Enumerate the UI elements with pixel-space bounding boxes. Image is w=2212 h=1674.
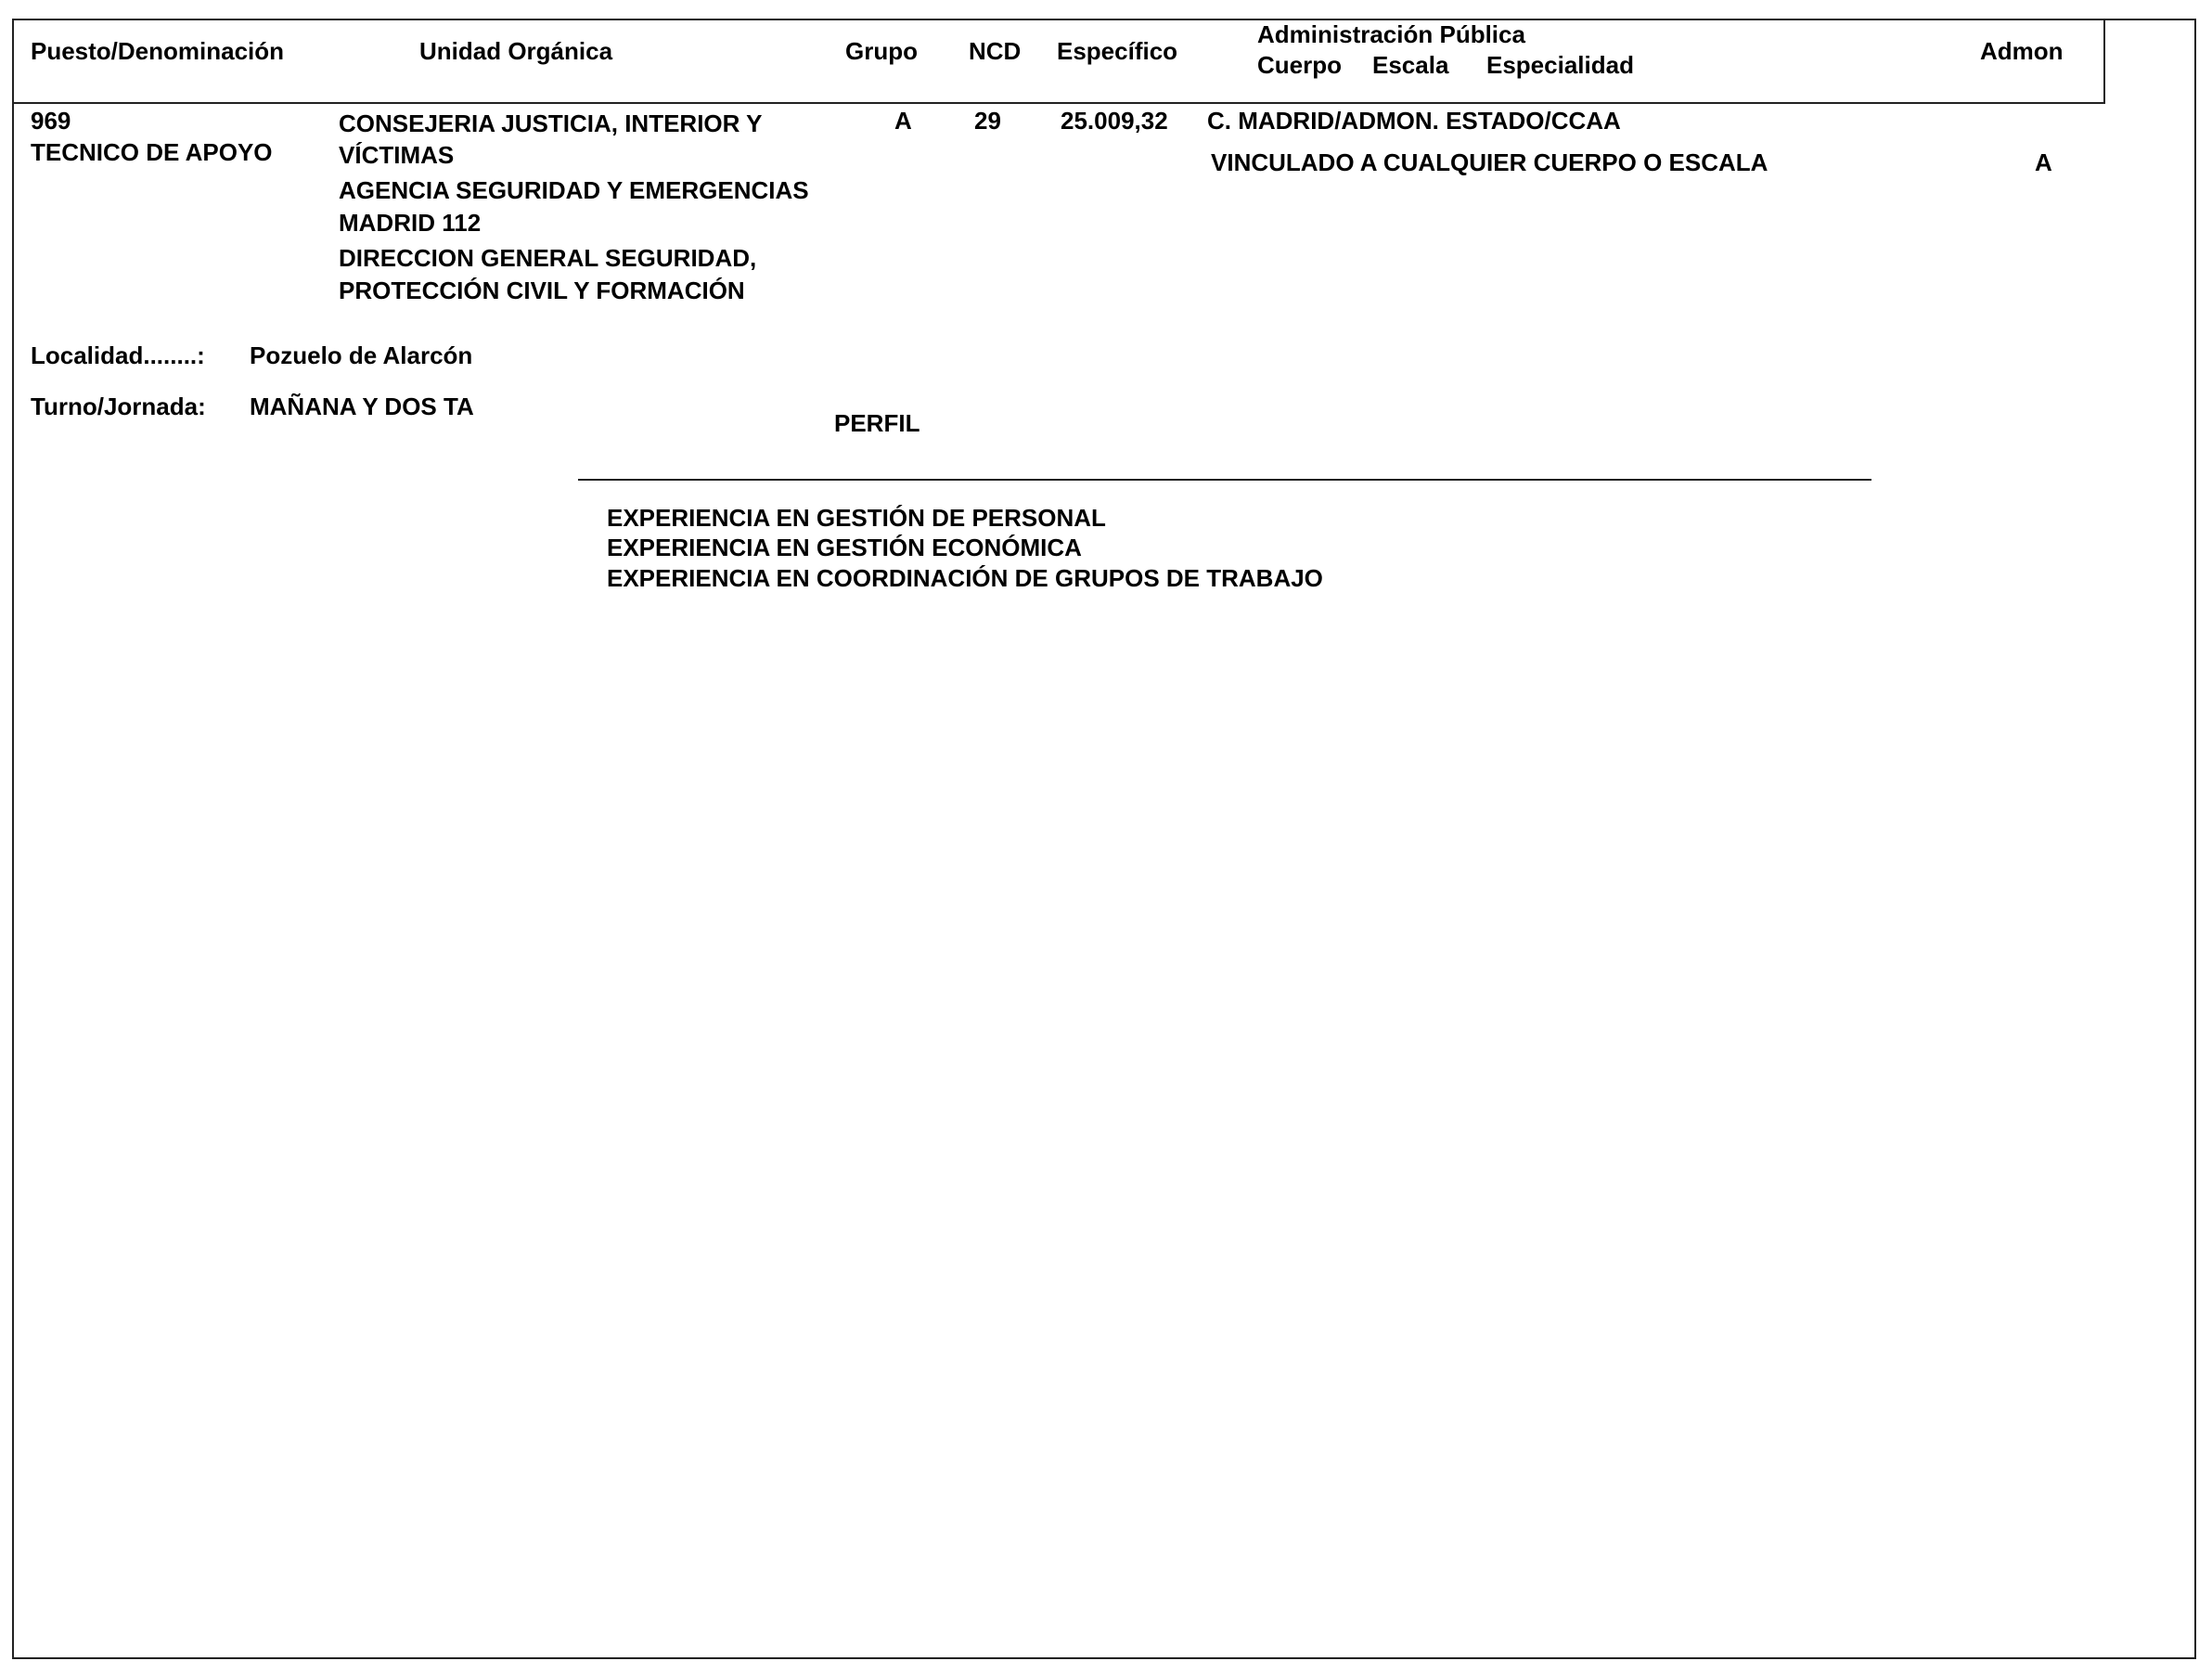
header-puesto-denominacion: Puesto/Denominación [31,39,284,63]
header-admon: Admon [1980,39,2064,63]
perfil-item: EXPERIENCIA EN GESTIÓN ECONÓMICA [607,535,1082,560]
header-ncd: NCD [969,39,1021,63]
puesto-numero: 969 [31,109,71,133]
turno-jornada-label: Turno/Jornada: [31,394,206,418]
perfil-divider [578,479,1871,481]
localidad-label: Localidad........: [31,343,205,367]
header-escala: Escala [1372,53,1448,77]
unidad-organica-line: PROTECCIÓN CIVIL Y FORMACIÓN [339,278,745,303]
unidad-organica-line: AGENCIA SEGURIDAD Y EMERGENCIAS [339,178,809,202]
localidad-value: Pozuelo de Alarcón [250,343,472,367]
header-unidad-organica: Unidad Orgánica [419,39,612,63]
admon-value: A [2035,150,2052,174]
header-administracion-publica: Administración Pública [1257,22,1525,46]
perfil-title: PERFIL [834,411,920,435]
grupo-value: A [894,109,912,133]
header-especialidad: Especialidad [1486,53,1634,77]
especifico-value: 25.009,32 [1061,109,1168,133]
header-grupo: Grupo [845,39,918,63]
administracion-publica-value: C. MADRID/ADMON. ESTADO/CCAA [1207,109,1621,133]
turno-jornada-value: MAÑANA Y DOS TA [250,394,474,418]
header-cuerpo: Cuerpo [1257,53,1342,77]
unidad-organica-line: VÍCTIMAS [339,143,454,167]
unidad-organica-line: CONSEJERIA JUSTICIA, INTERIOR Y [339,111,763,135]
ncd-value: 29 [974,109,1001,133]
unidad-organica-line: DIRECCION GENERAL SEGURIDAD, [339,246,756,270]
denominacion: TECNICO DE APOYO [31,140,273,164]
perfil-item: EXPERIENCIA EN GESTIÓN DE PERSONAL [607,506,1106,530]
perfil-item: EXPERIENCIA EN COORDINACIÓN DE GRUPOS DE… [607,566,1323,590]
header-especifico: Específico [1057,39,1177,63]
unidad-organica-line: MADRID 112 [339,211,481,235]
cuerpo-escala-value: VINCULADO A CUALQUIER CUERPO O ESCALA [1211,150,1768,174]
